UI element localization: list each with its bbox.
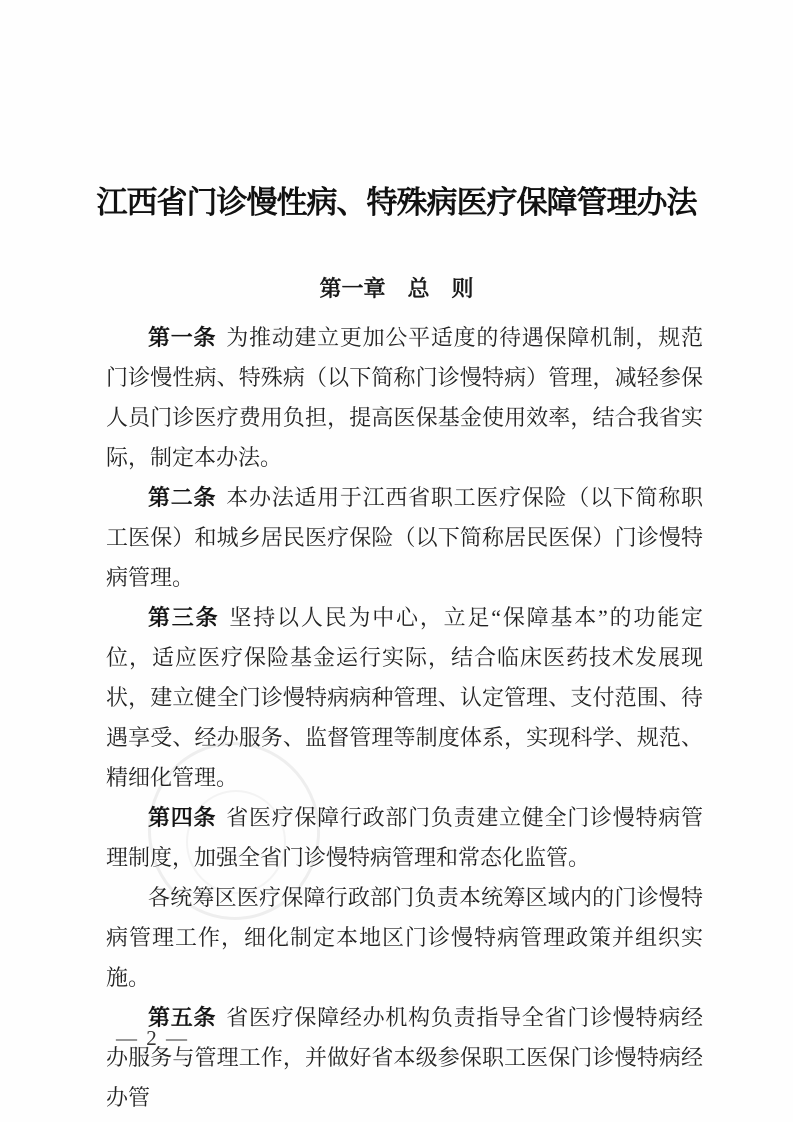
article-number: 第一条	[148, 325, 216, 350]
article-number: 第四条	[148, 805, 216, 830]
paragraph: 第五条省医疗保障经办机构负责指导全省门诊慢特病经办服务与管理工作，并做好省本级参…	[106, 998, 703, 1118]
paragraph: 第二条本办法适用于江西省职工医疗保险（以下简称职工医保）和城乡居民医疗保险（以下…	[106, 478, 703, 598]
document-page: 江西省门诊慢性病、特殊病医疗保障管理办法 第一章 总 则 第一条为推动建立更加公…	[0, 0, 793, 1122]
article-number: 第二条	[148, 485, 216, 510]
paragraph: 第三条坚持以人民为中心，立足“保障基本”的功能定位，适应医疗保险基金运行实际，结…	[106, 598, 703, 798]
paragraph: 第四条省医疗保障行政部门负责建立健全门诊慢特病管理制度，加强全省门诊慢特病管理和…	[106, 798, 703, 878]
chapter-heading: 第一章 总 则	[0, 276, 793, 302]
document-title: 江西省门诊慢性病、特殊病医疗保障管理办法	[0, 0, 793, 223]
document-body: 第一条为推动建立更加公平适度的待遇保障机制，规范门诊慢性病、特殊病（以下简称门诊…	[106, 318, 703, 1118]
paragraph: 各统筹区医疗保障行政部门负责本统筹区域内的门诊慢特病管理工作，细化制定本地区门诊…	[106, 878, 703, 998]
page-number: — 2 —	[116, 1026, 189, 1051]
paragraph-text: 各统筹区医疗保障行政部门负责本统筹区域内的门诊慢特病管理工作，细化制定本地区门诊…	[106, 885, 703, 990]
article-number: 第三条	[148, 605, 219, 630]
paragraph-text: 坚持以人民为中心，立足“保障基本”的功能定位，适应医疗保险基金运行实际，结合临床…	[106, 605, 703, 790]
paragraph: 第一条为推动建立更加公平适度的待遇保障机制，规范门诊慢性病、特殊病（以下简称门诊…	[106, 318, 703, 478]
